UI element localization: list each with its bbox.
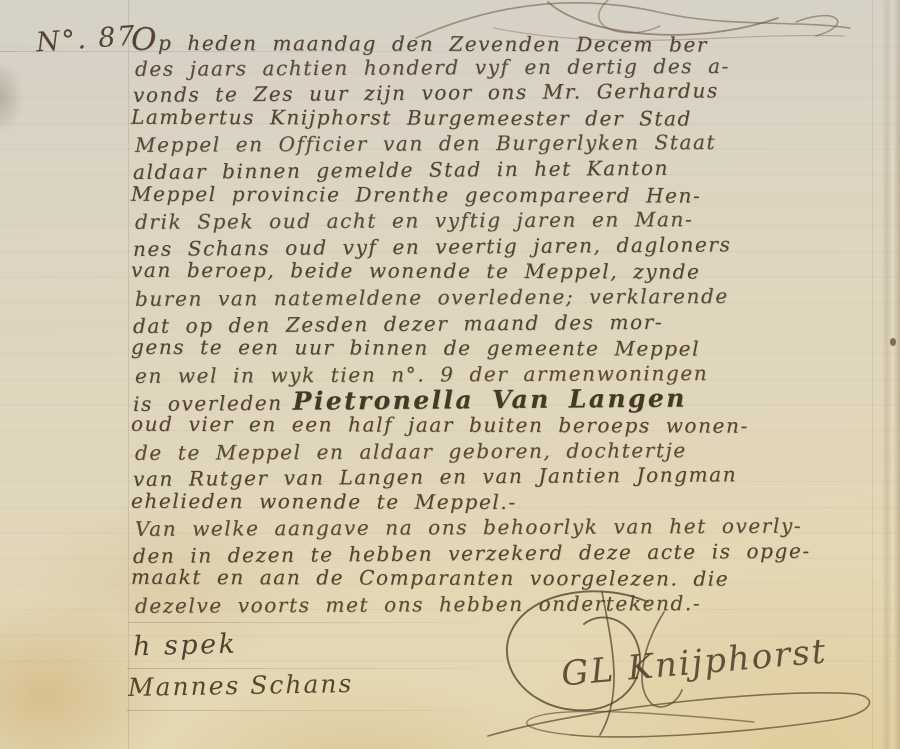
manuscript-line: ehelieden wonende te Meppel.- xyxy=(131,488,893,516)
manuscript-page: N°. 87 Op heden maandag den Zevenden Dec… xyxy=(0,0,900,749)
manuscript-line: Op heden maandag den Zevenden Decem ber xyxy=(131,28,893,56)
signature-knijphorst-text: GL Knijphorst xyxy=(560,631,829,694)
manuscript-line: vonds te Zes uur zijn voor ons Mr. Gerha… xyxy=(133,77,895,109)
signature-mannes-schans: Mannes Schans xyxy=(128,669,354,702)
signature-h-spek: h spek xyxy=(133,629,238,663)
margin-ruled-line xyxy=(128,0,129,749)
manuscript-line: aldaar binnen gemelde Stad in het Kanton xyxy=(133,154,895,186)
manuscript-line: gens te een uur binnen de gemeente Meppe… xyxy=(131,335,893,363)
manuscript-line: Meppel provincie Drenthe gecompareerd He… xyxy=(131,181,893,209)
act-number: N°. 87 xyxy=(35,21,138,59)
manuscript-line: van Rutger van Langen en van Jantien Jon… xyxy=(133,461,895,493)
signature-ruled-line xyxy=(128,622,480,623)
signature-ruled-line xyxy=(127,668,477,669)
signature-ruled-line xyxy=(126,710,470,711)
manuscript-line: oud vier en een half jaar buiten beroeps… xyxy=(131,412,893,440)
deceased-name: Pietronella Van Langen xyxy=(293,384,687,416)
deceased-name-line: is overledenPietronella Van Langen xyxy=(133,384,895,416)
act-body-text: Op heden maandag den Zevenden Decem ber … xyxy=(131,29,893,618)
manuscript-line: van beroep, beide wonende te Meppel, zyn… xyxy=(131,258,893,286)
manuscript-line: Lambertus Knijphorst Burgemeester der St… xyxy=(131,105,893,133)
signature-knijphorst: GL Knijphorst xyxy=(452,584,892,749)
